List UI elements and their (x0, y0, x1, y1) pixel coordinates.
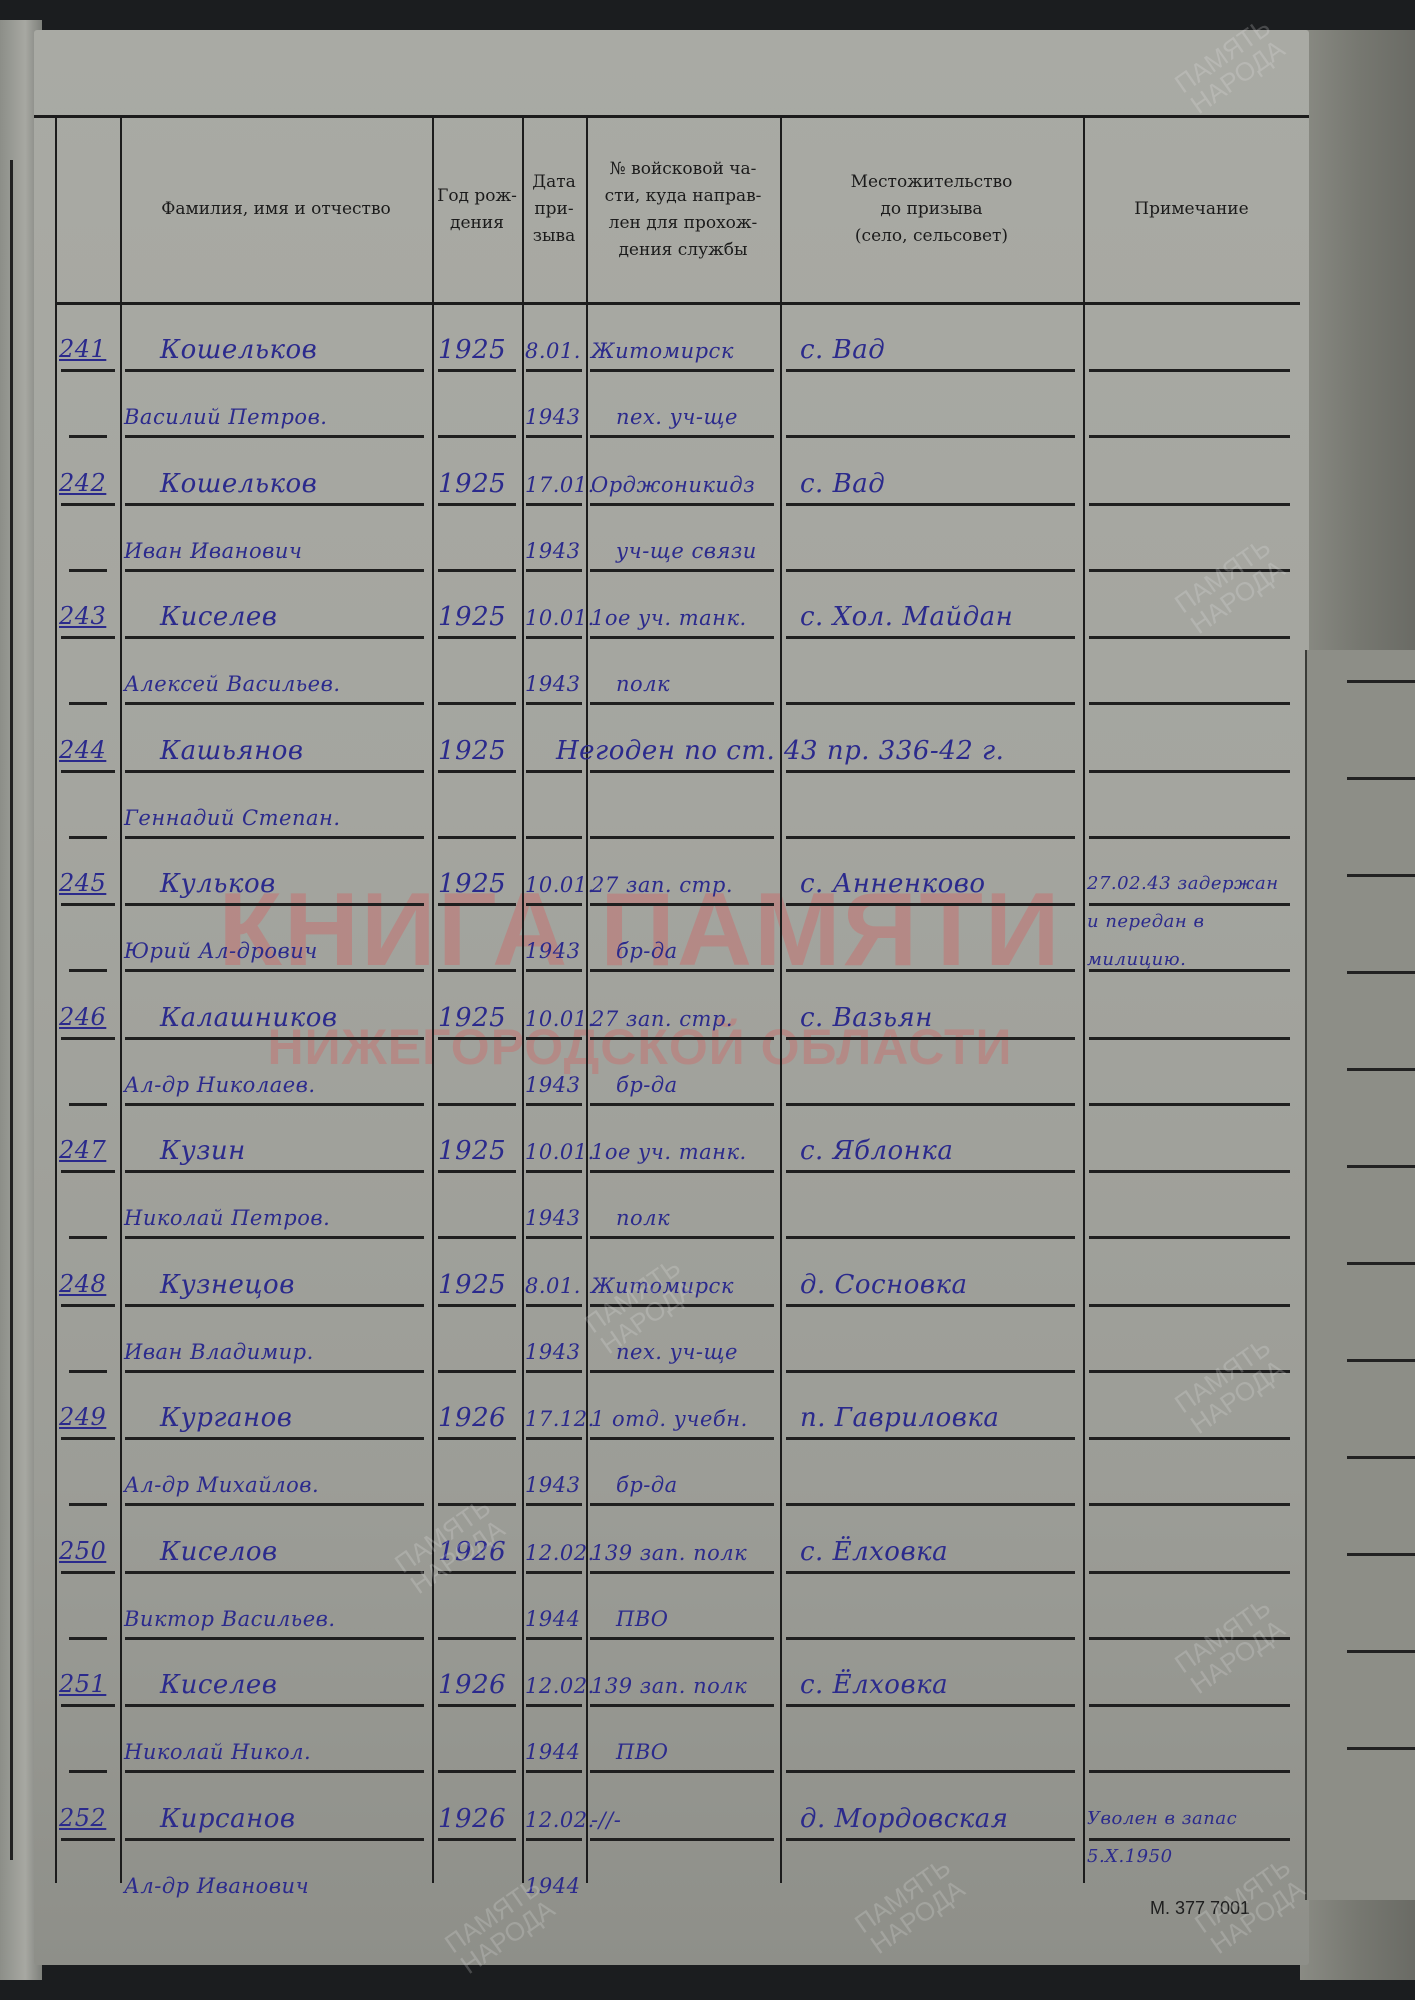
military-unit-line2: бр-да (616, 1473, 678, 1497)
surname: Кузнецов (160, 1270, 295, 1300)
military-unit: 139 зап. полк (591, 1541, 747, 1565)
row-rule (125, 1304, 424, 1307)
inserted-sheet-rule (1347, 680, 1415, 683)
inserted-sheet-rule (1347, 1456, 1415, 1459)
header-conscription-date: Дата при- зыва (524, 119, 584, 300)
num-rule (61, 636, 115, 639)
surname: Курганов (160, 1403, 292, 1433)
row-rule (125, 369, 424, 372)
military-unit: 27 зап. стр. (591, 873, 733, 897)
row-rule (125, 1370, 424, 1373)
row-rule (125, 770, 424, 773)
inserted-sheet-edge (1305, 650, 1415, 1900)
inserted-sheet-rule (1347, 1650, 1415, 1653)
given-name-patronymic: Юрий Ал-дрович (124, 939, 318, 963)
row-rule (125, 1770, 424, 1773)
given-name-patronymic: Ал-др Михайлов. (124, 1473, 319, 1497)
row-rule (590, 1838, 774, 1841)
num-rule (69, 569, 107, 572)
row-rule (125, 903, 424, 906)
residence: с. Хол. Майдан (800, 602, 1013, 632)
military-unit: 1ое уч. танк. (591, 1140, 747, 1164)
row-rule (526, 1170, 582, 1173)
row-rule (438, 836, 516, 839)
inserted-sheet-rule (1347, 1068, 1415, 1071)
row-rule (786, 1170, 1075, 1173)
row-rule (1089, 702, 1290, 705)
given-name-patronymic: Николай Никол. (124, 1740, 311, 1764)
row-rule (526, 969, 582, 972)
header-number (57, 119, 118, 300)
note-line: 27.02.43 задержан (1087, 873, 1279, 894)
row-rule (125, 569, 424, 572)
row-rule (125, 702, 424, 705)
row-rule (786, 1103, 1075, 1106)
row-rule (526, 1503, 582, 1506)
birth-year: 1926 (438, 1403, 506, 1433)
row-rule (438, 435, 516, 438)
row-rule (438, 1103, 516, 1106)
entry-number: 243 (59, 602, 106, 630)
row-rule (526, 636, 582, 639)
row-rule (526, 1370, 582, 1373)
row-rule (526, 1304, 582, 1307)
birth-year: 1925 (438, 1136, 506, 1166)
inserted-sheet-rule (1347, 1165, 1415, 1168)
row-rule (125, 1704, 424, 1707)
entry-number: 242 (59, 469, 106, 497)
row-rule (590, 1370, 774, 1373)
military-unit-line2: бр-да (616, 939, 678, 963)
num-rule (61, 1037, 115, 1040)
residence: с. Анненково (800, 869, 986, 899)
row-rule (1089, 1503, 1290, 1506)
surname: Кашьянов (160, 736, 304, 766)
row-rule (1089, 1037, 1290, 1040)
military-unit-line2: ПВО (616, 1607, 668, 1631)
conscription-year: 1943 (525, 539, 580, 563)
row-rule (1089, 1770, 1290, 1773)
row-rule (1089, 435, 1290, 438)
military-unit: -//- (591, 1808, 621, 1832)
conscription-date: 12.02. (525, 1808, 595, 1832)
military-unit: Орджоникидз (591, 473, 755, 497)
header-top-rule (34, 115, 1309, 118)
row-rule (438, 1304, 516, 1307)
military-unit-line2: полк (616, 1206, 670, 1230)
num-rule (61, 1571, 115, 1574)
row-rule (590, 503, 774, 506)
inserted-sheet-rule (1347, 1553, 1415, 1556)
birth-year: 1925 (438, 335, 506, 365)
conscription-date: 10.01. (525, 606, 595, 630)
row-rule (590, 636, 774, 639)
column-rule-num-col (120, 118, 122, 1883)
military-unit: Житомирск (591, 339, 734, 363)
given-name-patronymic: Виктор Васильев. (124, 1607, 336, 1631)
residence: д. Мордовская (800, 1804, 1009, 1834)
given-name-patronymic: Иван Владимир. (124, 1340, 314, 1364)
row-rule (786, 903, 1075, 906)
row-rule (1089, 503, 1290, 506)
row-rule (438, 1170, 516, 1173)
birth-year: 1925 (438, 736, 506, 766)
row-rule (526, 770, 582, 773)
entry-number: 250 (59, 1537, 106, 1565)
note-line: милицию. (1087, 949, 1186, 970)
surname: Киселов (160, 1537, 278, 1567)
row-rule (786, 770, 1075, 773)
row-rule (590, 1103, 774, 1106)
residence: с. Яблонка (800, 1136, 953, 1166)
entry-number: 244 (59, 736, 106, 764)
row-rule (438, 1838, 516, 1841)
row-rule (438, 1704, 516, 1707)
row-rule (438, 569, 516, 572)
row-rule (786, 1704, 1075, 1707)
note-line: и передан в (1087, 911, 1204, 932)
military-unit: 139 зап. полк (591, 1674, 747, 1698)
row-rule (125, 1103, 424, 1106)
num-rule (69, 435, 107, 438)
given-name-patronymic: Ал-др Иванович (124, 1874, 309, 1898)
row-rule (125, 435, 424, 438)
inserted-sheet-rule (1347, 874, 1415, 877)
row-rule (526, 1770, 582, 1773)
num-rule (69, 1770, 107, 1773)
column-rule-residence-col (1083, 118, 1085, 1883)
num-rule (69, 1370, 107, 1373)
row-rule (786, 503, 1075, 506)
row-rule (125, 836, 424, 839)
row-rule (786, 969, 1075, 972)
surname: Калашников (160, 1003, 338, 1033)
row-rule (438, 702, 516, 705)
given-name-patronymic: Алексей Васильев. (124, 672, 341, 696)
row-rule (125, 1503, 424, 1506)
row-rule (590, 569, 774, 572)
military-unit: 27 зап. стр. (591, 1007, 733, 1031)
birth-year: 1926 (438, 1670, 506, 1700)
row-rule (438, 1370, 516, 1373)
row-rule (526, 569, 582, 572)
row-rule (590, 1503, 774, 1506)
num-rule (61, 770, 115, 773)
birth-year: 1926 (438, 1804, 506, 1834)
row-rule (590, 1571, 774, 1574)
conscription-date: 12.02. (525, 1674, 595, 1698)
birth-year: 1925 (438, 869, 506, 899)
residence: с. Ёлховка (800, 1670, 948, 1700)
row-rule (1089, 1838, 1290, 1841)
row-rule (438, 1637, 516, 1640)
row-rule (438, 369, 516, 372)
inserted-sheet-rule (1347, 971, 1415, 974)
row-rule (786, 836, 1075, 839)
row-rule (590, 1437, 774, 1440)
residence: с. Вазьян (800, 1003, 933, 1033)
num-rule (69, 1637, 107, 1640)
row-rule (590, 369, 774, 372)
row-rule (125, 503, 424, 506)
row-rule (125, 636, 424, 639)
row-rule (1089, 836, 1290, 839)
conscription-date: 12.02. (525, 1541, 595, 1565)
conscription-year: 1943 (525, 1473, 580, 1497)
row-rule (786, 1637, 1075, 1640)
header-name: Фамилия, имя и отчество (122, 119, 430, 300)
row-rule (125, 1037, 424, 1040)
row-rule (786, 1304, 1075, 1307)
residence: д. Сосновка (800, 1270, 968, 1300)
num-rule (61, 369, 115, 372)
num-rule (61, 1838, 115, 1841)
row-rule (590, 770, 774, 773)
row-rule (590, 903, 774, 906)
num-rule (69, 1103, 107, 1106)
military-unit-line2: бр-да (616, 1073, 678, 1097)
surname: Кирсанов (160, 1804, 296, 1834)
surname: Киселев (160, 602, 277, 632)
row-rule (526, 369, 582, 372)
row-rule (125, 1236, 424, 1239)
header-residence: Местожительство до призыва (село, сельсо… (782, 119, 1081, 300)
note-line: 5.X.1950 (1087, 1846, 1173, 1867)
row-rule (590, 969, 774, 972)
column-rule-date-col (586, 118, 588, 1883)
conscription-year: 1944 (525, 1740, 580, 1764)
surname: Кошельков (160, 469, 317, 499)
row-rule (786, 1037, 1075, 1040)
entry-number: 241 (59, 335, 106, 363)
row-rule (526, 1838, 582, 1841)
column-rule-year-col (522, 118, 524, 1883)
row-rule (786, 636, 1075, 639)
conscription-date: 17.12. (525, 1407, 595, 1431)
row-rule (590, 1037, 774, 1040)
unfit-note: Негоден по ст. 43 пр. 336-42 г. (556, 736, 1004, 766)
row-rule (526, 1103, 582, 1106)
birth-year: 1925 (438, 469, 506, 499)
num-rule (61, 1304, 115, 1307)
row-rule (786, 702, 1075, 705)
conscription-year: 1944 (525, 1607, 580, 1631)
conscription-date: 10.01. (525, 873, 595, 897)
entry-number: 247 (59, 1136, 106, 1164)
row-rule (438, 770, 516, 773)
row-rule (438, 969, 516, 972)
row-rule (438, 1037, 516, 1040)
given-name-patronymic: Николай Петров. (124, 1206, 330, 1230)
row-rule (1089, 903, 1290, 906)
header-military-unit: № войсковой ча- сти, куда направ- лен дл… (588, 119, 778, 300)
row-rule (526, 435, 582, 438)
row-rule (438, 1236, 516, 1239)
row-rule (590, 1170, 774, 1173)
surname: Киселев (160, 1670, 277, 1700)
given-name-patronymic: Ал-др Николаев. (124, 1073, 316, 1097)
surname: Кузин (160, 1136, 246, 1166)
military-unit: 1ое уч. танк. (591, 606, 747, 630)
row-rule (786, 435, 1075, 438)
num-rule (69, 836, 107, 839)
row-rule (1089, 369, 1290, 372)
conscription-date: 8.01. (525, 339, 581, 363)
residence: с. Ёлховка (800, 1537, 948, 1567)
row-rule (786, 369, 1075, 372)
note-line: Уволен в запас (1087, 1808, 1237, 1829)
column-rule-unit-col (780, 118, 782, 1883)
entry-number: 252 (59, 1804, 106, 1832)
military-unit-line2: ПВО (616, 1740, 668, 1764)
row-rule (438, 503, 516, 506)
num-rule (61, 503, 115, 506)
entry-number: 248 (59, 1270, 106, 1298)
row-rule (526, 503, 582, 506)
row-rule (590, 836, 774, 839)
row-rule (125, 1437, 424, 1440)
num-rule (61, 903, 115, 906)
conscription-year: 1943 (525, 1206, 580, 1230)
row-rule (786, 1236, 1075, 1239)
surname: Кульков (160, 869, 276, 899)
row-rule (786, 1838, 1075, 1841)
conscription-date: 10.01. (525, 1140, 595, 1164)
inserted-sheet-rule (1347, 1359, 1415, 1362)
row-rule (438, 636, 516, 639)
military-unit-line2: пех. уч-ще (616, 405, 738, 429)
conscription-year: 1943 (525, 939, 580, 963)
conscription-date: 10.01. (525, 1007, 595, 1031)
row-rule (1089, 1304, 1290, 1307)
row-rule (590, 1770, 774, 1773)
conscription-date: 17.01. (525, 473, 595, 497)
row-rule (438, 1770, 516, 1773)
conscription-year: 1943 (525, 405, 580, 429)
num-rule (69, 1236, 107, 1239)
birth-year: 1925 (438, 1270, 506, 1300)
given-name-patronymic: Геннадий Степан. (124, 806, 341, 830)
column-rule-outer-left (55, 118, 57, 1883)
row-rule (1089, 1571, 1290, 1574)
row-rule (786, 569, 1075, 572)
row-rule (526, 903, 582, 906)
row-rule (526, 1236, 582, 1239)
row-rule (590, 1236, 774, 1239)
row-rule (526, 836, 582, 839)
surname: Кошельков (160, 335, 317, 365)
row-rule (526, 1037, 582, 1040)
num-rule (69, 702, 107, 705)
num-rule (61, 1170, 115, 1173)
given-name-patronymic: Иван Иванович (124, 539, 302, 563)
row-rule (125, 1637, 424, 1640)
row-rule (526, 1571, 582, 1574)
row-rule (1089, 1170, 1290, 1173)
row-rule (590, 702, 774, 705)
inserted-sheet-rule (1347, 1262, 1415, 1265)
column-rule-name-col (432, 118, 434, 1883)
num-rule (61, 1704, 115, 1707)
row-rule (438, 1437, 516, 1440)
row-rule (438, 903, 516, 906)
row-rule (526, 1437, 582, 1440)
military-unit-line2: уч-ще связи (616, 539, 757, 563)
row-rule (125, 969, 424, 972)
row-rule (1089, 1103, 1290, 1106)
row-rule (786, 1503, 1075, 1506)
military-unit: 1 отд. учебн. (591, 1407, 748, 1431)
row-rule (590, 435, 774, 438)
entry-number: 246 (59, 1003, 106, 1031)
row-rule (786, 1370, 1075, 1373)
left-page-rule (10, 160, 13, 1860)
residence: с. Вад (800, 469, 885, 499)
row-rule (125, 1170, 424, 1173)
conscription-date: 8.01. (525, 1274, 581, 1298)
conscription-year: 1943 (525, 1073, 580, 1097)
row-rule (125, 1838, 424, 1841)
entry-number: 245 (59, 869, 106, 897)
given-name-patronymic: Василий Петров. (124, 405, 327, 429)
row-rule (786, 1571, 1075, 1574)
inserted-sheet-rule (1347, 1747, 1415, 1750)
residence: п. Гавриловка (800, 1403, 999, 1433)
conscription-year: 1943 (525, 672, 580, 696)
row-rule (1089, 770, 1290, 773)
entry-number: 251 (59, 1670, 106, 1698)
num-rule (69, 1503, 107, 1506)
entry-number: 249 (59, 1403, 106, 1431)
row-rule (526, 702, 582, 705)
header-note: Примечание (1085, 119, 1298, 300)
birth-year: 1925 (438, 1003, 506, 1033)
row-rule (526, 1637, 582, 1640)
row-rule (526, 1704, 582, 1707)
inserted-sheet-rule (1347, 777, 1415, 780)
num-rule (69, 969, 107, 972)
header-bottom-rule (55, 302, 1300, 305)
row-rule (590, 1637, 774, 1640)
num-rule (61, 1437, 115, 1440)
header-birth-year: Год рож- дения (434, 119, 520, 300)
row-rule (590, 1704, 774, 1707)
military-unit-line2: полк (616, 672, 670, 696)
row-rule (786, 1770, 1075, 1773)
row-rule (1089, 1236, 1290, 1239)
birth-year: 1925 (438, 602, 506, 632)
row-rule (786, 1437, 1075, 1440)
residence: с. Вад (800, 335, 885, 365)
